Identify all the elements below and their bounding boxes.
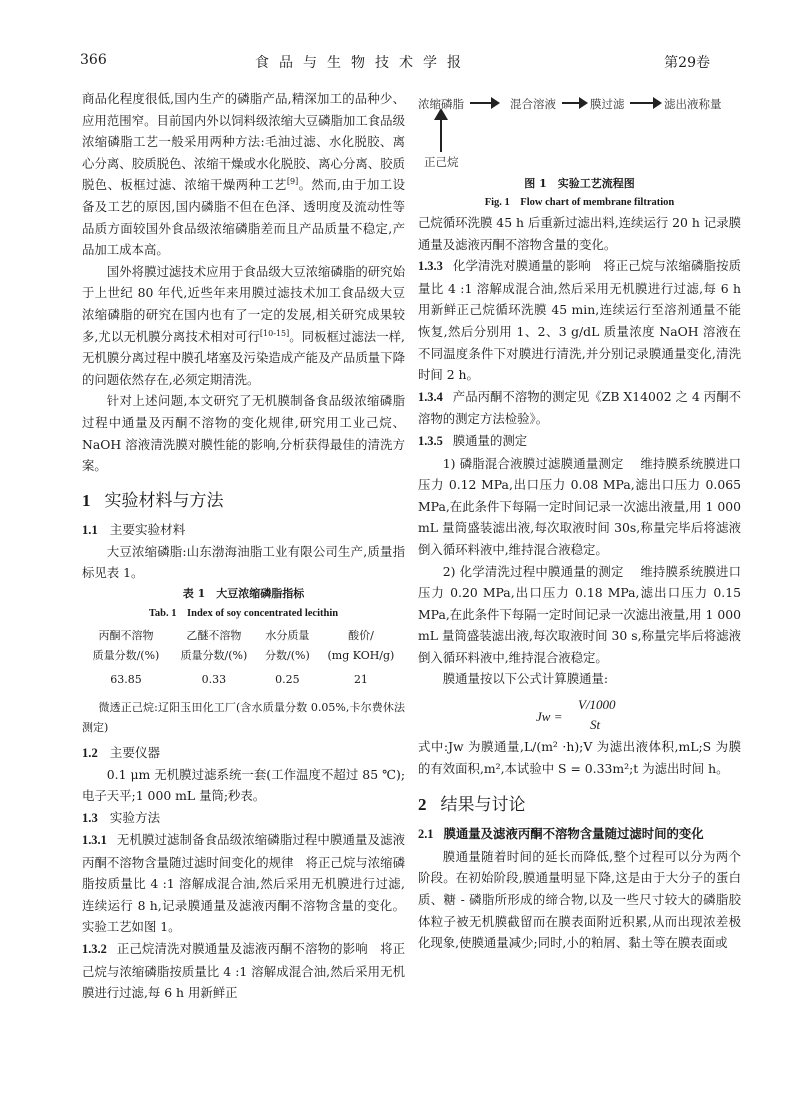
subsection-heading-1-2: 1.2主要仪器	[82, 742, 405, 764]
table-row: 63.85 0.33 0.25 21	[82, 666, 405, 690]
formula-explanation: 式中:Jw 为膜通量,L/(m² ·h);V 为滤出液体积,mL;S 为膜的有效…	[418, 736, 741, 779]
table-caption-cn: 表 1 大豆浓缩磷脂指标	[82, 584, 405, 604]
flow-node-membrane-filtration: 膜过滤	[590, 94, 625, 116]
results-paragraph: 膜通量随着时间的延长而降低,整个过程可以分为两个阶段。在初始阶段,膜通量明显下降…	[418, 846, 741, 954]
table-caption-en: Tab. 1 Index of soy concentrated lecithi…	[82, 604, 405, 624]
table-header-row: 丙酮不溶物 乙醚不溶物 水分质量 酸价/	[82, 626, 405, 646]
arrow-right-icon	[470, 102, 494, 104]
right-column: 浓缩磷脂 混合溶液 膜过滤 滤出液称量 正己烷 图 1 实验工艺流程图 Fig.…	[418, 88, 741, 954]
section-heading-1: 1实验材料与方法	[82, 489, 405, 513]
flow-chart: 浓缩磷脂 混合溶液 膜过滤 滤出液称量 正己烷	[418, 88, 741, 168]
formula-intro: 膜通量按以下公式计算膜通量:	[418, 668, 741, 690]
page-number: 366	[80, 52, 107, 68]
arrow-up-icon	[440, 116, 442, 152]
instruments-paragraph: 0.1 μm 无机膜过滤系统一套(工作温度不超过 85 ℃);电子天平;1 00…	[82, 764, 405, 807]
left-column: 商品化程度很低,国内生产的磷脂产品,精深加工的品种少、应用范围窄。目前国内外以饲…	[82, 88, 405, 1004]
intro-paragraph-1: 商品化程度很低,国内生产的磷脂产品,精深加工的品种少、应用范围窄。目前国内外以饲…	[82, 88, 405, 261]
figure-caption-cn: 图 1 实验工艺流程图	[418, 174, 741, 194]
flux-measure-item-1: 1) 磷脂混合液膜过滤膜通量测定 维持膜系统膜进口压力 0.12 MPa,出口压…	[418, 453, 741, 561]
method-1-3-2: 1.3.2正己烷清洗对膜通量及滤液丙酮不溶物的影响 将正己烷与浓缩磷脂按质量比 …	[82, 938, 405, 1004]
method-1-3-4: 1.3.4产品丙酮不溶物的测定见《ZB X14002 之 4 丙酮不溶物的测定方…	[418, 386, 741, 430]
hexane-note: 微透正己烷:辽阳玉田化工厂(含水质量分数 0.05%,卡尔费休法测定)	[82, 698, 405, 738]
page-header: 366 食品与生物技术学报 第29卷	[80, 52, 710, 72]
table-header-row: 质量分数/(%) 质量分数/(%) 分数/(%) (mg KOH/g)	[82, 646, 405, 666]
arrow-right-icon	[630, 102, 656, 104]
section-heading-2: 2结果与讨论	[418, 793, 741, 817]
method-1-3-3: 1.3.3化学清洗对膜通量的影响 将正己烷与浓缩磷脂按质量比 4 :1 溶解成混…	[418, 255, 741, 386]
volume-label: 第29卷	[664, 52, 710, 72]
flow-node-mixture: 混合溶液	[510, 94, 556, 116]
method-1-3-1: 1.3.1无机膜过滤制备食品级浓缩磷脂过程中膜通量及滤液丙酮不溶物含量随过滤时间…	[82, 829, 405, 938]
flow-node-weighing: 滤出液称量	[664, 94, 722, 116]
flow-node-hexane: 正己烷	[424, 152, 459, 174]
intro-paragraph-2: 国外将膜过滤技术应用于食品级大豆浓缩磷脂的研究始于上世纪 80 年代,近些年来用…	[82, 261, 405, 391]
arrow-right-icon	[562, 102, 582, 104]
materials-paragraph: 大豆浓缩磷脂:山东渤海油脂工业有限公司生产,质量指标见表 1。	[82, 541, 405, 584]
flux-formula: Jw = V/1000 St	[418, 694, 741, 734]
figure-caption-en: Fig. 1 Flow chart of membrane filtration	[418, 194, 741, 212]
method-1-3-5-heading: 1.3.5膜通量的测定	[418, 430, 741, 453]
subsection-heading-1-1: 1.1主要实验材料	[82, 519, 405, 541]
lecithin-index-table: 丙酮不溶物 乙醚不溶物 水分质量 酸价/ 质量分数/(%) 质量分数/(%) 分…	[82, 626, 405, 690]
subsection-heading-1-3: 1.3实验方法	[82, 807, 405, 829]
method-1-3-2-continued: 己烷循环洗膜 45 h 后重新过滤出料,连续运行 20 h 记录膜通量及滤液丙酮…	[418, 212, 741, 255]
intro-paragraph-3: 针对上述问题,本文研究了无机膜制备食品级浓缩磷脂过程中通量及丙酮不溶物的变化规律…	[82, 390, 405, 476]
flux-measure-item-2: 2) 化学清洗过程中膜通量的测定 维持膜系统膜进口压力 0.20 MPa,出口压…	[418, 561, 741, 669]
journal-title: 食品与生物技术学报	[255, 52, 471, 72]
subsection-heading-2-1: 2.1膜通量及滤液丙酮不溶物含量随过滤时间的变化	[418, 823, 741, 846]
